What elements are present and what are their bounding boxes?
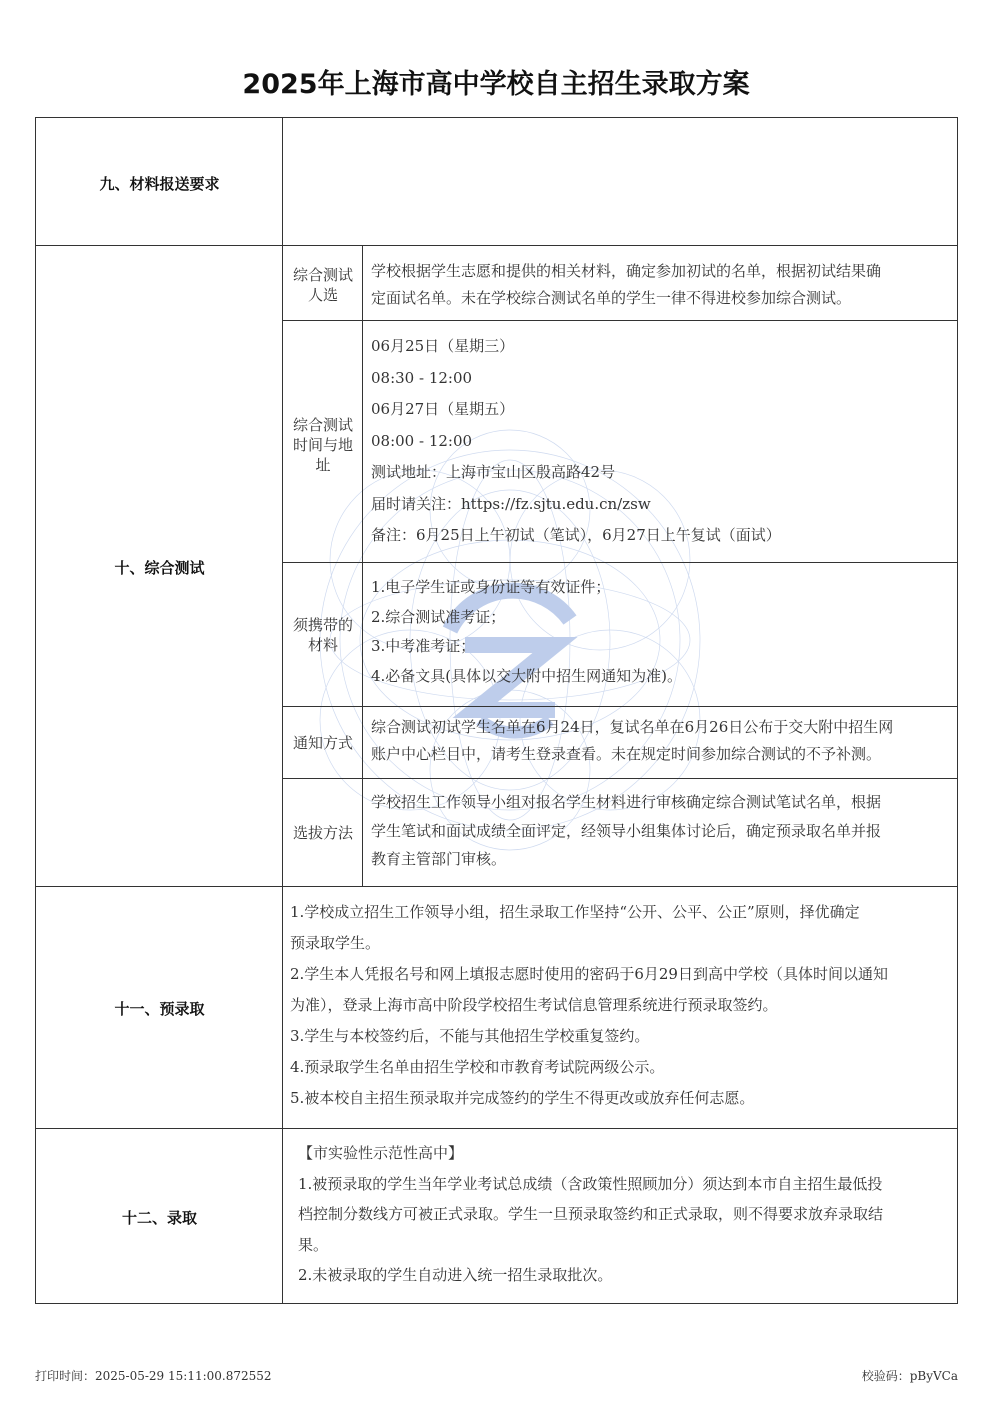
row-content-selection-method: 学校招生工作领导小组对报名学生材料进行审核确定综合测试笔试名单，根据 学生笔试和… [371, 788, 951, 874]
section-label-admission: 十二、录取 [36, 1207, 283, 1228]
info-link: 届时请关注：https://fz.sjtu.edu.cn/zsw [371, 489, 951, 521]
row-content-candidates: 学校根据学生志愿和提供的相关材料，确定参加初试的名单，根据初试结果确 定面试名单… [371, 258, 951, 312]
row-content-time-location: 06月25日（星期三） 08:30 - 12:00 06月27日（星期五） 08… [371, 331, 951, 552]
print-time: 打印时间：2025-05-29 15:11:00.872552 [35, 1367, 272, 1384]
row-label-required-materials: 须携带的 材料 [283, 615, 363, 655]
row-content-notification: 综合测试初试学生名单在6月24日，复试名单在6月26日公布于交大附中招生网 账户… [371, 714, 951, 768]
row-label-selection-method: 选拔方法 [283, 823, 363, 843]
section-label-materials: 九、材料报送要求 [36, 173, 283, 194]
section-content-pre-admission: 1.学校成立招生工作领导小组，招生录取工作坚持“公开、公平、公正”原则，择优确定… [290, 897, 950, 1114]
row-label-time-location: 综合测试 时间与地 址 [283, 415, 363, 475]
section-label-pre-admission: 十一、预录取 [36, 998, 283, 1019]
row-label-candidates: 综合测试 人选 [283, 265, 363, 305]
check-code: 校验码：pByVCa [862, 1367, 958, 1384]
document-title: 2025年上海市高中学校自主招生录取方案 [0, 62, 992, 101]
admission-plan-table: 九、材料报送要求 十、综合测试 综合测试 人选 学校根据学生志愿和提供的相关材料… [35, 117, 958, 1304]
row-label-notification: 通知方式 [283, 733, 363, 753]
section-label-test: 十、综合测试 [36, 557, 283, 578]
row-content-required-materials: 1.电子学生证或身份证等有效证件； 2.综合测试准考证； 3.中考准考证； 4.… [371, 573, 951, 691]
section-content-admission: 【市实验性示范性高中】 1.被预录取的学生当年学业考试总成绩（含政策性照顾加分）… [298, 1138, 953, 1291]
